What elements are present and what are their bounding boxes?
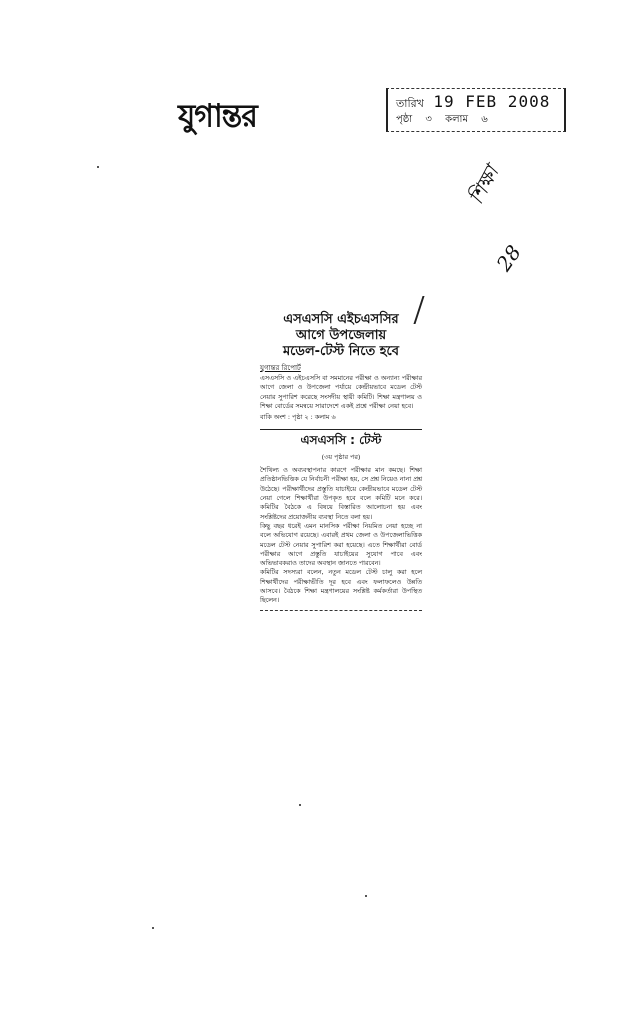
- date-stamp: তারিখ 19 FEB 2008 পৃষ্ঠা ৩ কলাম ৬: [386, 88, 566, 132]
- article-intro: এসএসসি ও এইচএসসি বা সমমানের পরীক্ষা ও অন…: [260, 374, 422, 411]
- stamp-column-label: কলাম: [445, 114, 468, 125]
- news-clipping: এসএসসি এইচএসসির আগে উপজেলায় মডেল-টেস্ট …: [260, 296, 422, 774]
- continued-note: বাকি অংশ : পৃষ্ঠা ২ : কলাম ৬: [260, 412, 422, 423]
- article-paragraph: কমিটির সদস্যরা বলেন, নতুন মডেল টেস্ট চাল…: [260, 568, 422, 605]
- headline-line: এসএসসি এইচএসসির: [260, 312, 422, 328]
- scan-speck: [299, 804, 301, 806]
- stamp-page-row: পৃষ্ঠা ৩ কলাম ৬: [396, 112, 498, 129]
- handwritten-number: 28: [492, 241, 526, 276]
- handwritten-note: শিক্ষা: [462, 161, 510, 211]
- article-paragraph: কিছু বছর ধরেই এমন মানসিক পরীক্ষা নিয়মিত…: [260, 522, 422, 568]
- stamp-date-label: তারিখ: [396, 97, 424, 110]
- stamp-date: 19 FEB 2008: [433, 92, 550, 111]
- stamp-page-label: পৃষ্ঠা: [396, 114, 412, 125]
- continuation-headline: এসএসসি : টেস্ট: [260, 429, 422, 452]
- scan-speck: [365, 895, 367, 897]
- continuation-note: (৩য় পৃষ্ঠার পর): [260, 452, 422, 463]
- scan-speck: [97, 166, 99, 168]
- article-paragraph: শৈথিল্য ও অব্যবস্থাপনার কারণে পরীক্ষার ম…: [260, 466, 422, 522]
- stamp-date-row: তারিখ 19 FEB 2008: [396, 92, 550, 114]
- stamp-column-value: ৬: [481, 114, 488, 125]
- article-headline: এসএসসি এইচএসসির আগে উপজেলায় মডেল-টেস্ট …: [260, 312, 422, 360]
- headline-line: মডেল-টেস্ট নিতে হবে: [260, 344, 422, 360]
- clipping-bottom-edge: [260, 610, 422, 611]
- article-byline: যুগান্তর রিপোর্ট: [260, 362, 422, 374]
- newspaper-masthead: যুগান্তর: [178, 91, 257, 145]
- headline-line: আগে উপজেলায়: [260, 328, 422, 344]
- stamp-page-value: ৩: [425, 114, 432, 125]
- scan-speck: [152, 927, 154, 929]
